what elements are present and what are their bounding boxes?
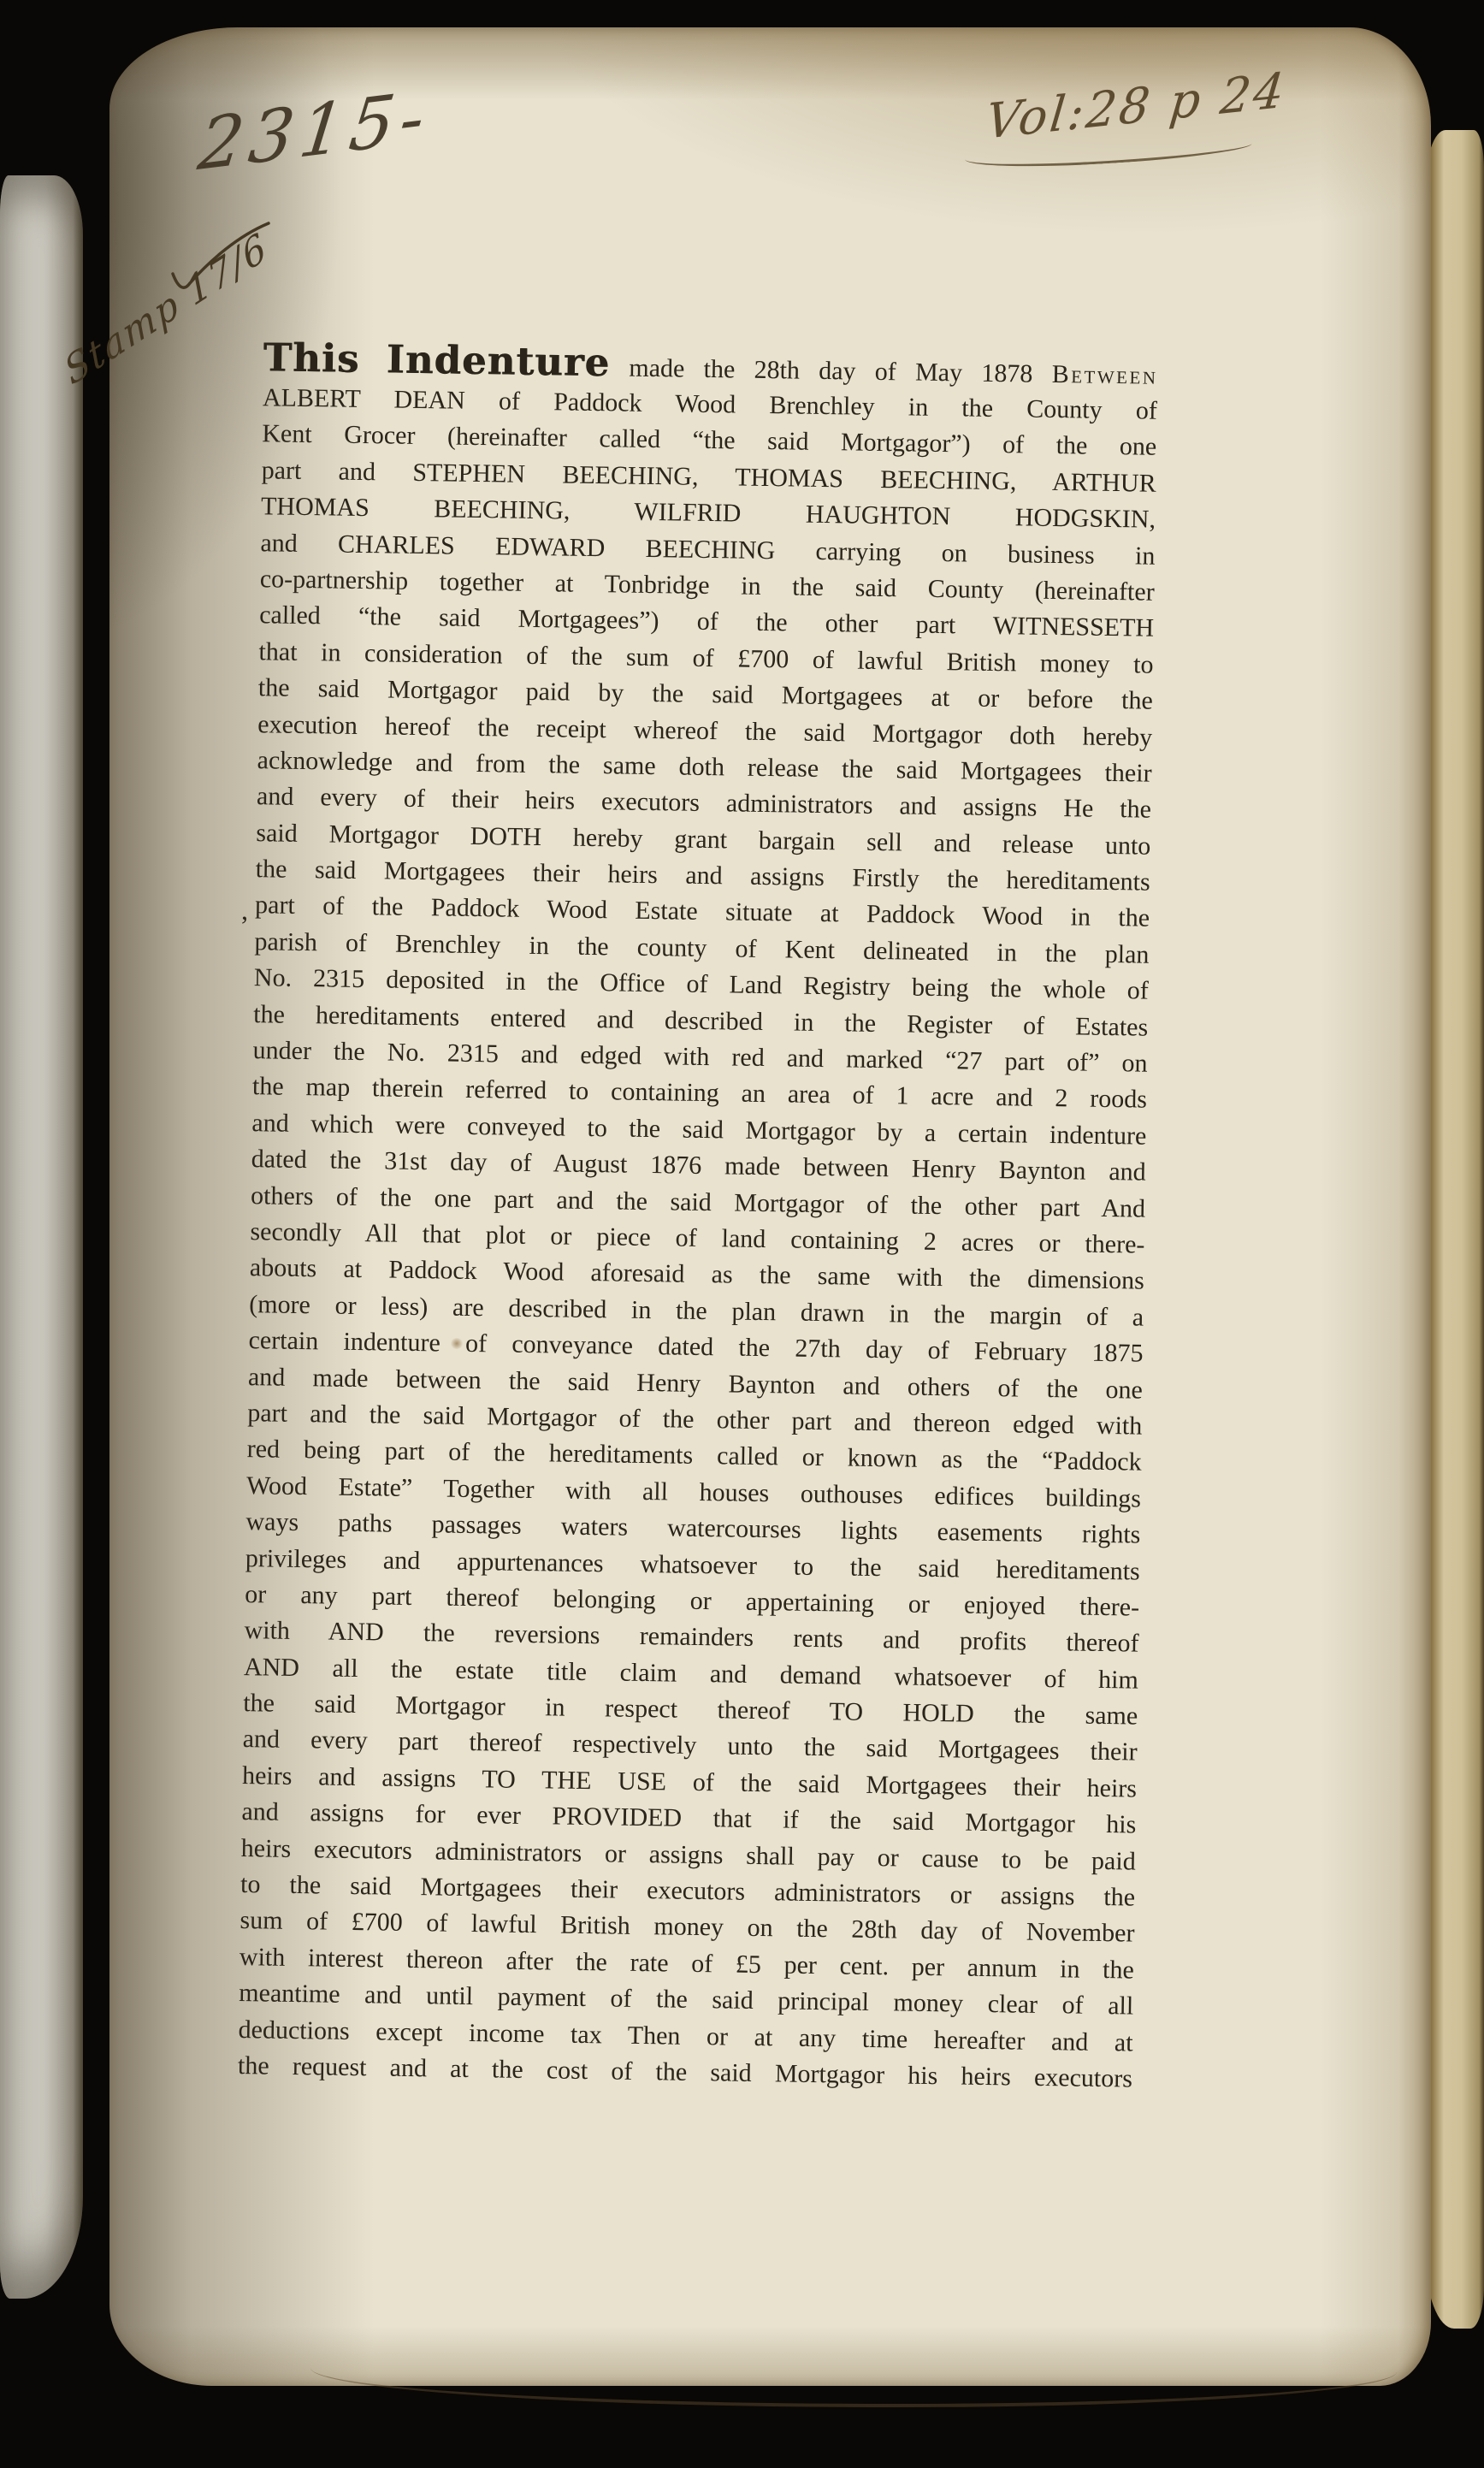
scanned-deed-photograph: 2315- Vol:28 p 24 Stamp 17/6 , This Inde… xyxy=(0,0,1484,2468)
under-page-edge xyxy=(1425,130,1484,2329)
margin-ink-mark: , xyxy=(241,895,248,926)
deed-first-line-text: made the 28th day of May 1878 xyxy=(629,354,1033,388)
deed-opening-words: This Indenture xyxy=(263,334,610,385)
deed-between-word: Between xyxy=(1051,360,1157,390)
deed-body-lines: ALBERT DEAN of Paddock Wood Brenchley in… xyxy=(238,380,1157,2098)
deed-text-block: This Indenture made the 28th day of May … xyxy=(238,335,1158,2098)
facing-page-edge xyxy=(0,175,83,2299)
page-bottom-edge-line xyxy=(310,2368,1397,2407)
